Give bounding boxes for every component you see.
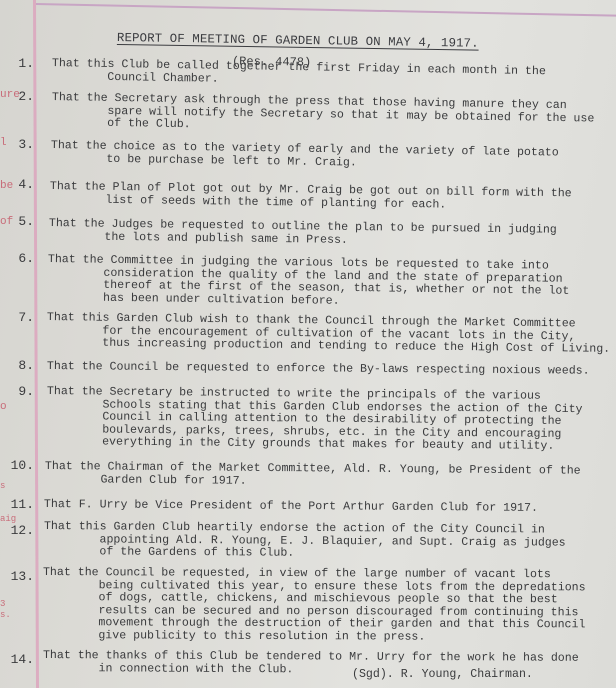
resolution-text-line: everything in the City grounds that make… [46, 436, 582, 454]
resolution-text-line: That the Council be requested to enforce… [47, 361, 590, 378]
resolution-text: That the Plan of Plot got out by Mr. Cra… [50, 181, 572, 213]
resolution-number: 3. [0, 137, 34, 152]
resolution-text: That F. Urry be Vice President of the Po… [44, 499, 538, 515]
resolution-number: 14. [0, 652, 34, 667]
resolution-text: That this Garden Club wish to thank the … [47, 312, 611, 357]
margin-bleed-text: 3 [0, 599, 5, 609]
margin-bleed-text: o [0, 401, 7, 413]
document-title-block: REPORT OF MEETING OF GARDEN CLUB ON MAY … [117, 28, 479, 52]
resolution-text: That the Secretary ask through the press… [51, 92, 594, 138]
resolution-number: 12. [0, 523, 34, 538]
resolution-text: That the Judges be requested to outline … [49, 218, 557, 250]
resolution-text: That the Secretary be instructed to writ… [46, 386, 582, 454]
resolution-text: That the Committee in judging the variou… [47, 254, 569, 311]
resolution-number: 1. [0, 56, 34, 71]
resolution-text: That the Council be requested, in view o… [43, 567, 586, 645]
resolution-number: 13. [0, 569, 34, 584]
resolution-text: That this Garden Club heartily endorse t… [44, 521, 566, 562]
signature-line: (Sgd). R. Young, Chairman. [352, 668, 533, 681]
scanned-document-page: ure l be of o s aig 3 s. REPORT OF MEETI… [0, 0, 616, 688]
resolution-number: 5. [0, 214, 34, 229]
resolution-number: 11. [0, 497, 34, 512]
resolution-number: 4. [0, 177, 34, 192]
resolution-number: 8. [0, 358, 34, 373]
resolution-text-line: give publicity to this resolution in the… [43, 630, 586, 645]
document-title: REPORT OF MEETING OF GARDEN CLUB ON MAY … [117, 31, 479, 51]
resolution-text: That the Chairman of the Market Committe… [45, 461, 581, 491]
resolution-text: That the Council be requested to enforce… [47, 361, 590, 378]
top-ruled-line [36, 3, 616, 17]
margin-bleed-text: s. [0, 610, 11, 620]
resolution-number: 6. [0, 251, 34, 266]
resolution-number: 2. [0, 89, 34, 104]
resolution-text: That the choice as to the variety of ear… [51, 140, 559, 173]
resolution-text: That this Club be called together the fi… [52, 58, 546, 91]
resolution-number: 9. [0, 384, 34, 399]
resolution-text-line: That F. Urry be Vice President of the Po… [44, 499, 538, 515]
resolution-number: 7. [0, 310, 34, 325]
margin-bleed-text: s [0, 481, 5, 491]
resolution-number: 10. [0, 458, 34, 473]
